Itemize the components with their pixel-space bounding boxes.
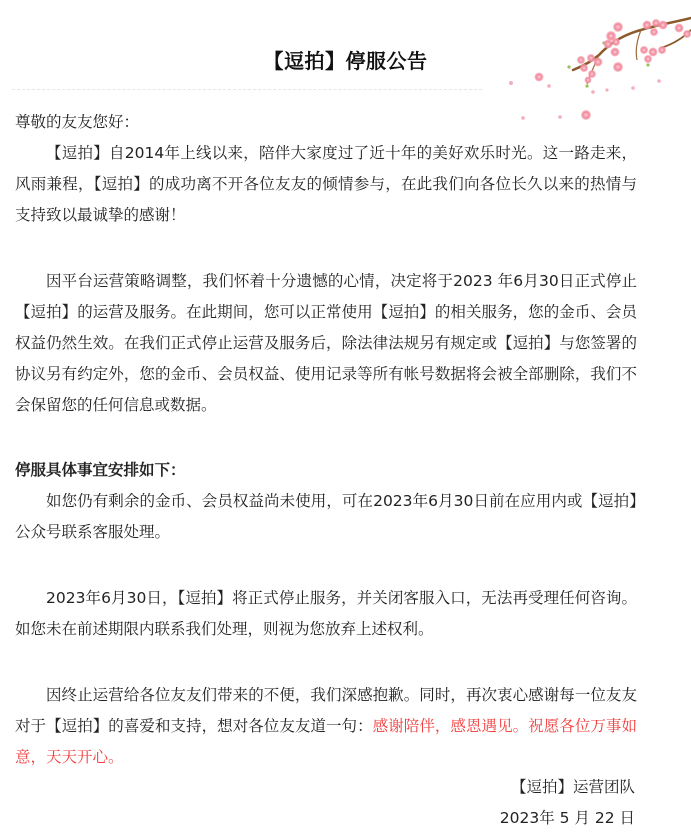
title-divider [12,89,482,90]
page-title: 【逗拍】停服公告 [0,46,691,76]
signature-date: 2023年 5 月 22 日 [500,803,635,834]
spacer [15,645,637,680]
signature-block: 【逗拍】运营团队 2023年 5 月 22 日 [500,772,635,834]
signature-team: 【逗拍】运营团队 [500,772,635,803]
spacer [15,548,637,583]
greeting: 尊敬的友友您好： [15,107,637,138]
notice-paragraph: 因平台运营策略调整，我们怀着十分遗憾的心情，决定将于2023 年6月30日正式停… [15,266,637,421]
announcement-body: 尊敬的友友您好： 【逗拍】自2014年上线以来，陪伴大家度过了近十年的美好欢乐时… [15,107,637,773]
arrangements-heading: 停服具体事宜安排如下： [15,455,637,486]
arrangement-paragraph-2: 2023年6月30日，【逗拍】将正式停止服务，并关闭客服入口，无法再受理任何咨询… [15,583,637,645]
intro-paragraph: 【逗拍】自2014年上线以来，陪伴大家度过了近十年的美好欢乐时光。这一路走来，风… [15,138,637,231]
spacer [15,421,637,452]
closing-paragraph: 因终止运营给各位友友们带来的不便，我们深感抱歉。同时，再次衷心感谢每一位友友对于… [15,680,637,773]
spacer [15,231,637,262]
arrangement-paragraph-1: 如您仍有剩余的金币、会员权益尚未使用，可在2023年6月30日前在应用内或【逗拍… [15,486,637,548]
